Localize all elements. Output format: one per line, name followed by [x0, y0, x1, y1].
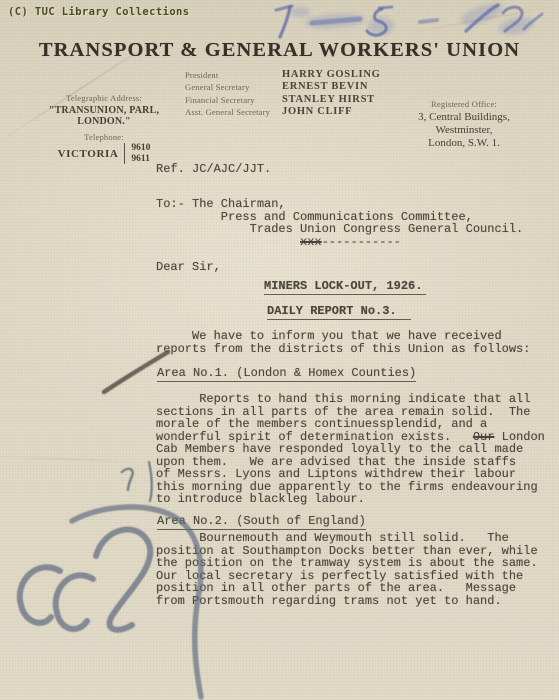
registered-office-address: 3, Central Buildings, Westminster, Londo… [388, 111, 540, 150]
overstruck-chars: xxx [300, 235, 322, 249]
reference-line: Ref. JC/AJC/JJT. [156, 163, 271, 176]
telephone-label: Telephone: [22, 132, 186, 142]
area2-heading-text: Area No.2. (South of England) [157, 514, 366, 530]
paper-crease [401, 3, 559, 34]
officer-name: ERNEST BEVIN [282, 81, 380, 93]
officers-list: President HARRY GOSLING General Secretar… [185, 69, 380, 118]
report-number-text: DAILY REPORT No.3. [267, 304, 411, 320]
officer-name: HARRY GOSLING [282, 69, 380, 81]
salutation: Dear Sir, [156, 261, 221, 274]
area2-heading: Area No.2. (South of England) [157, 515, 366, 528]
telephone-number: 9610 [131, 143, 150, 154]
typed-dashes: ----------- [322, 235, 401, 249]
telegraphic-address-block: Telegraphic Address: "TRANSUNION, PARL, … [22, 93, 186, 164]
officer-name: JOHN CLIFF [282, 106, 380, 118]
officer-role: President [185, 69, 282, 81]
area1-heading: Area No.1. (London & Homex Counties) [157, 367, 416, 380]
area2-paragraph: Bournemouth and Weymouth still solid. Th… [156, 532, 538, 607]
telegraphic-address-value: "TRANSUNION, PARL, LONDON." [22, 105, 186, 127]
scanned-letter-page: (C) TUC Library Collections TRANSPORT & … [0, 0, 559, 700]
union-title: TRANSPORT & GENERAL WORKERS' UNION [0, 39, 559, 62]
subject-heading-text: MINERS LOCK-OUT, 1926. [264, 279, 426, 295]
area1-paragraph: Reports to hand this morning indicate th… [156, 393, 545, 506]
officer-role: Asst. General Secretary [185, 106, 282, 118]
registered-office-block: Registered Office: 3, Central Buildings,… [388, 99, 540, 150]
paper-crease [0, 455, 140, 462]
telegraphic-address-label: Telegraphic Address: [22, 93, 186, 103]
area1-heading-text: Area No.1. (London & Homex Counties) [157, 366, 416, 382]
telephone-number: 9611 [131, 154, 149, 165]
officer-name: STANLEY HIRST [282, 94, 380, 106]
addressee-block: To:- The Chairman, Press and Communicati… [156, 198, 523, 248]
question-mark-annotation [122, 462, 152, 501]
subject-heading: MINERS LOCK-OUT, 1926. [264, 280, 426, 293]
telephone-divider [124, 143, 125, 164]
telephone-exchange: VICTORIA [58, 148, 119, 160]
intro-paragraph: We have to inform you that we have recei… [156, 330, 530, 355]
telephone-numbers: 9610 9611 [131, 143, 150, 164]
officer-role: Financial Secretary [185, 94, 282, 106]
registered-office-label: Registered Office: [388, 99, 540, 109]
report-number-heading: DAILY REPORT No.3. [267, 305, 411, 318]
archive-watermark: (C) TUC Library Collections [8, 6, 189, 18]
officer-role: General Secretary [185, 81, 282, 93]
telephone-row: VICTORIA 9610 9611 [22, 143, 186, 164]
handwritten-date-mark [276, 0, 542, 38]
